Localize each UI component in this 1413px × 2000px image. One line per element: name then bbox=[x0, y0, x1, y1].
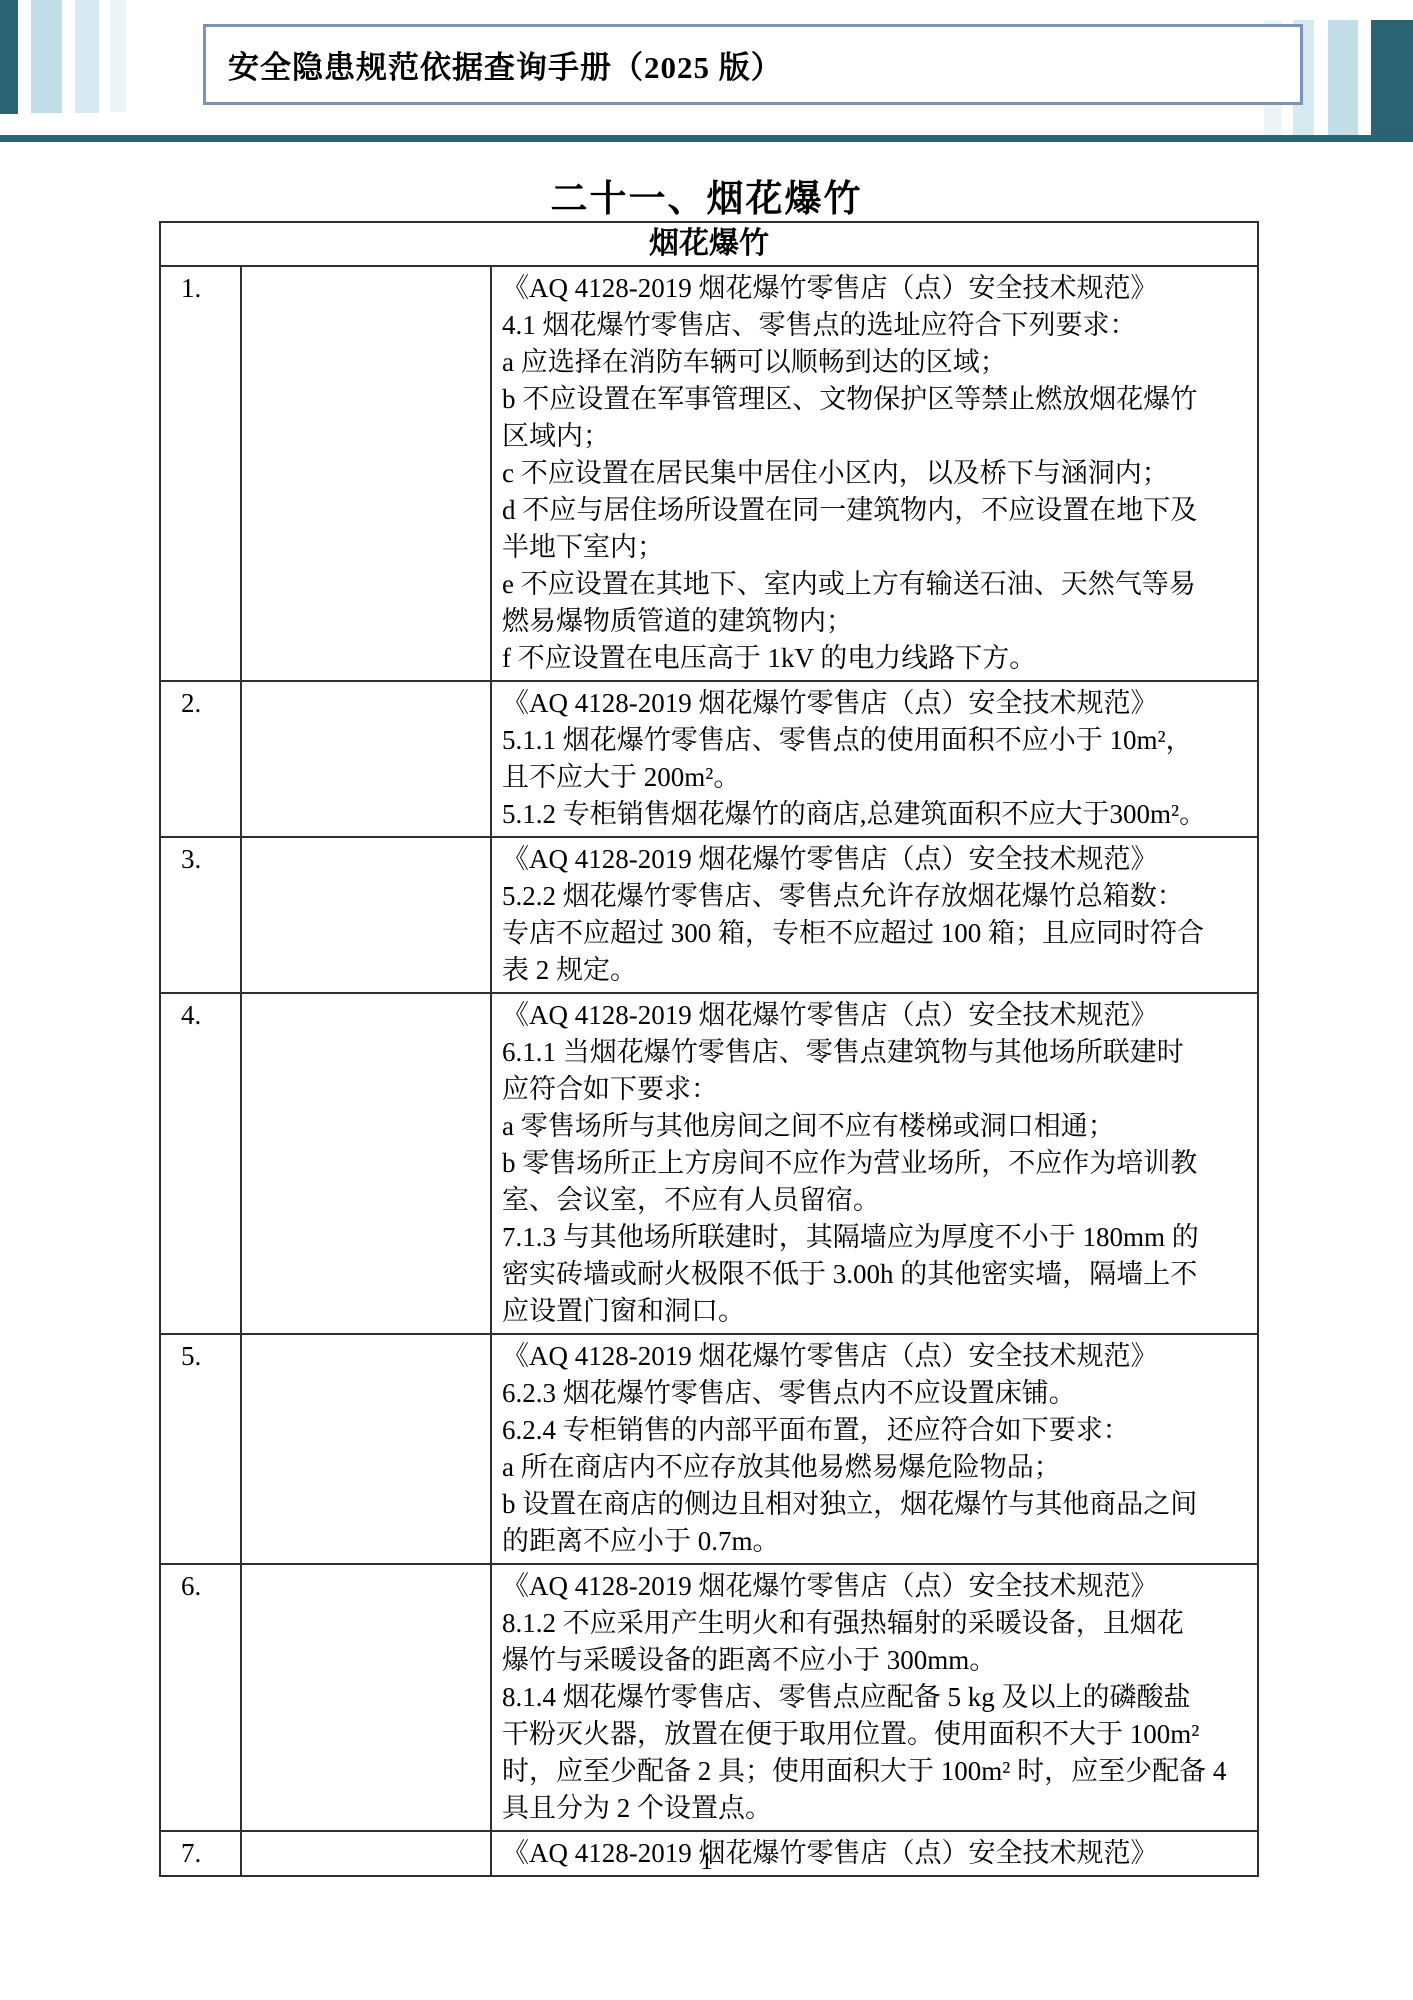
row-number: 5. bbox=[160, 1334, 241, 1564]
row-note-cell bbox=[241, 837, 491, 993]
page-root: 安全隐患规范依据查询手册（2025 版） 二十一、烟花爆竹 烟花爆竹 1.《AQ… bbox=[0, 0, 1413, 2000]
regulation-text-cell: 《AQ 4128-2019 烟花爆竹零售店（点）安全技术规范》6.1.1 当烟花… bbox=[491, 993, 1258, 1334]
table-row: 2.《AQ 4128-2019 烟花爆竹零售店（点）安全技术规范》5.1.1 烟… bbox=[160, 681, 1258, 837]
regulation-line: 《AQ 4128-2019 烟花爆竹零售店（点）安全技术规范》 bbox=[502, 270, 1247, 307]
regulation-line: 密实砖墙或耐火极限不低于 3.00h 的其他密实墙，隔墙上不 bbox=[502, 1256, 1247, 1293]
regulation-line: 《AQ 4128-2019 烟花爆竹零售店（点）安全技术规范》 bbox=[502, 1568, 1247, 1605]
regulation-line: 6.2.3 烟花爆竹零售店、零售点内不应设置床铺。 bbox=[502, 1375, 1247, 1412]
header-bar-light-left-1 bbox=[31, 0, 62, 113]
header-bar-light-right-1 bbox=[1328, 20, 1358, 137]
regulation-line: 《AQ 4128-2019 烟花爆竹零售店（点）安全技术规范》 bbox=[502, 685, 1247, 722]
regulation-line: 6.1.1 当烟花爆竹零售店、零售点建筑物与其他场所联建时 bbox=[502, 1034, 1247, 1071]
row-number: 3. bbox=[160, 837, 241, 993]
regulations-table-body: 1.《AQ 4128-2019 烟花爆竹零售店（点）安全技术规范》4.1 烟花爆… bbox=[160, 266, 1258, 1876]
regulation-line: b 零售场所正上方房间不应作为营业场所，不应作为培训教 bbox=[502, 1145, 1247, 1182]
regulation-line: 4.1 烟花爆竹零售店、零售点的选址应符合下列要求： bbox=[502, 307, 1247, 344]
regulation-text-cell: 《AQ 4128-2019 烟花爆竹零售店（点）安全技术规范》6.2.3 烟花爆… bbox=[491, 1334, 1258, 1564]
regulation-line: a 所在商店内不应存放其他易燃易爆危险物品； bbox=[502, 1449, 1247, 1486]
regulation-line: 表 2 规定。 bbox=[502, 952, 1247, 989]
table-row: 6.《AQ 4128-2019 烟花爆竹零售店（点）安全技术规范》8.1.2 不… bbox=[160, 1564, 1258, 1831]
regulation-line: 且不应大于 200m²。 bbox=[502, 759, 1247, 796]
regulation-line: 7.1.3 与其他场所联建时，其隔墙应为厚度不小于 180mm 的 bbox=[502, 1219, 1247, 1256]
regulation-line: c 不应设置在居民集中居住小区内，以及桥下与涵洞内； bbox=[502, 455, 1247, 492]
regulation-line: 专店不应超过 300 箱，专柜不应超过 100 箱；且应同时符合 bbox=[502, 915, 1247, 952]
table-title: 烟花爆竹 bbox=[160, 222, 1258, 266]
header-title-box: 安全隐患规范依据查询手册（2025 版） bbox=[203, 24, 1303, 105]
table-row: 3.《AQ 4128-2019 烟花爆竹零售店（点）安全技术规范》5.2.2 烟… bbox=[160, 837, 1258, 993]
header-bar-light-left-3 bbox=[110, 0, 126, 112]
regulation-line: 区域内； bbox=[502, 418, 1247, 455]
regulation-line: b 设置在商店的侧边且相对独立，烟花爆竹与其他商品之间 bbox=[502, 1486, 1247, 1523]
regulation-line: 时，应至少配备 2 具；使用面积大于 100m² 时，应至少配备 4 bbox=[502, 1753, 1247, 1790]
regulation-line: 8.1.2 不应采用产生明火和有强热辐射的采暖设备，且烟花 bbox=[502, 1605, 1247, 1642]
regulation-line: 具且分为 2 个设置点。 bbox=[502, 1790, 1247, 1827]
regulation-line: 的距离不应小于 0.7m。 bbox=[502, 1523, 1247, 1560]
regulation-text-cell: 《AQ 4128-2019 烟花爆竹零售店（点）安全技术规范》5.2.2 烟花爆… bbox=[491, 837, 1258, 993]
page-number: 1 bbox=[0, 1848, 1413, 1876]
table-header-row: 烟花爆竹 bbox=[160, 222, 1258, 266]
header-rule bbox=[0, 135, 1413, 142]
regulation-line: f 不应设置在电压高于 1kV 的电力线路下方。 bbox=[502, 640, 1247, 677]
row-number: 6. bbox=[160, 1564, 241, 1831]
table-row: 4.《AQ 4128-2019 烟花爆竹零售店（点）安全技术规范》6.1.1 当… bbox=[160, 993, 1258, 1334]
table-row: 5.《AQ 4128-2019 烟花爆竹零售店（点）安全技术规范》6.2.3 烟… bbox=[160, 1334, 1258, 1564]
regulation-line: 5.1.1 烟花爆竹零售店、零售点的使用面积不应小于 10m²， bbox=[502, 722, 1247, 759]
row-note-cell bbox=[241, 993, 491, 1334]
regulation-line: 《AQ 4128-2019 烟花爆竹零售店（点）安全技术规范》 bbox=[502, 1338, 1247, 1375]
section-heading: 二十一、烟花爆竹 bbox=[0, 168, 1413, 222]
regulation-line: 5.1.2 专柜销售烟花爆竹的商店,总建筑面积不应大于300m²。 bbox=[502, 796, 1247, 833]
regulation-line: 应符合如下要求： bbox=[502, 1071, 1247, 1108]
manual-title: 安全隐患规范依据查询手册（2025 版） bbox=[228, 42, 783, 87]
regulation-line: 爆竹与采暖设备的距离不应小于 300mm。 bbox=[502, 1642, 1247, 1679]
regulation-line: d 不应与居住场所设置在同一建筑物内，不应设置在地下及 bbox=[502, 492, 1247, 529]
row-number: 1. bbox=[160, 266, 241, 681]
regulation-line: 6.2.4 专柜销售的内部平面布置，还应符合如下要求： bbox=[502, 1412, 1247, 1449]
regulation-line: 室、会议室，不应有人员留宿。 bbox=[502, 1182, 1247, 1219]
header-bar-dark-left bbox=[0, 0, 18, 114]
regulation-line: 8.1.4 烟花爆竹零售店、零售点应配备 5 kg 及以上的磷酸盐 bbox=[502, 1679, 1247, 1716]
regulation-text-cell: 《AQ 4128-2019 烟花爆竹零售店（点）安全技术规范》4.1 烟花爆竹零… bbox=[491, 266, 1258, 681]
regulation-line: a 零售场所与其他房间之间不应有楼梯或洞口相通； bbox=[502, 1108, 1247, 1145]
regulation-line: a 应选择在消防车辆可以顺畅到达的区域； bbox=[502, 344, 1247, 381]
header-bar-light-left-2 bbox=[75, 0, 99, 113]
regulations-table: 烟花爆竹 1.《AQ 4128-2019 烟花爆竹零售店（点）安全技术规范》4.… bbox=[159, 221, 1259, 1877]
row-note-cell bbox=[241, 1564, 491, 1831]
regulation-line: 半地下室内； bbox=[502, 529, 1247, 566]
regulation-line: b 不应设置在军事管理区、文物保护区等禁止燃放烟花爆竹 bbox=[502, 381, 1247, 418]
row-note-cell bbox=[241, 266, 491, 681]
row-number: 4. bbox=[160, 993, 241, 1334]
header-bar-dark-right bbox=[1371, 20, 1413, 141]
regulation-line: 《AQ 4128-2019 烟花爆竹零售店（点）安全技术规范》 bbox=[502, 841, 1247, 878]
regulation-line: 《AQ 4128-2019 烟花爆竹零售店（点）安全技术规范》 bbox=[502, 997, 1247, 1034]
row-note-cell bbox=[241, 681, 491, 837]
regulation-line: 应设置门窗和洞口。 bbox=[502, 1293, 1247, 1330]
regulation-line: 5.2.2 烟花爆竹零售店、零售点允许存放烟花爆竹总箱数： bbox=[502, 878, 1247, 915]
row-number: 2. bbox=[160, 681, 241, 837]
regulation-text-cell: 《AQ 4128-2019 烟花爆竹零售店（点）安全技术规范》5.1.1 烟花爆… bbox=[491, 681, 1258, 837]
regulation-line: e 不应设置在其地下、室内或上方有输送石油、天然气等易 bbox=[502, 566, 1247, 603]
regulation-text-cell: 《AQ 4128-2019 烟花爆竹零售店（点）安全技术规范》8.1.2 不应采… bbox=[491, 1564, 1258, 1831]
row-note-cell bbox=[241, 1334, 491, 1564]
regulation-line: 燃易爆物质管道的建筑物内； bbox=[502, 603, 1247, 640]
regulation-line: 干粉灭火器，放置在便于取用位置。使用面积不大于 100m² bbox=[502, 1716, 1247, 1753]
table-row: 1.《AQ 4128-2019 烟花爆竹零售店（点）安全技术规范》4.1 烟花爆… bbox=[160, 266, 1258, 681]
